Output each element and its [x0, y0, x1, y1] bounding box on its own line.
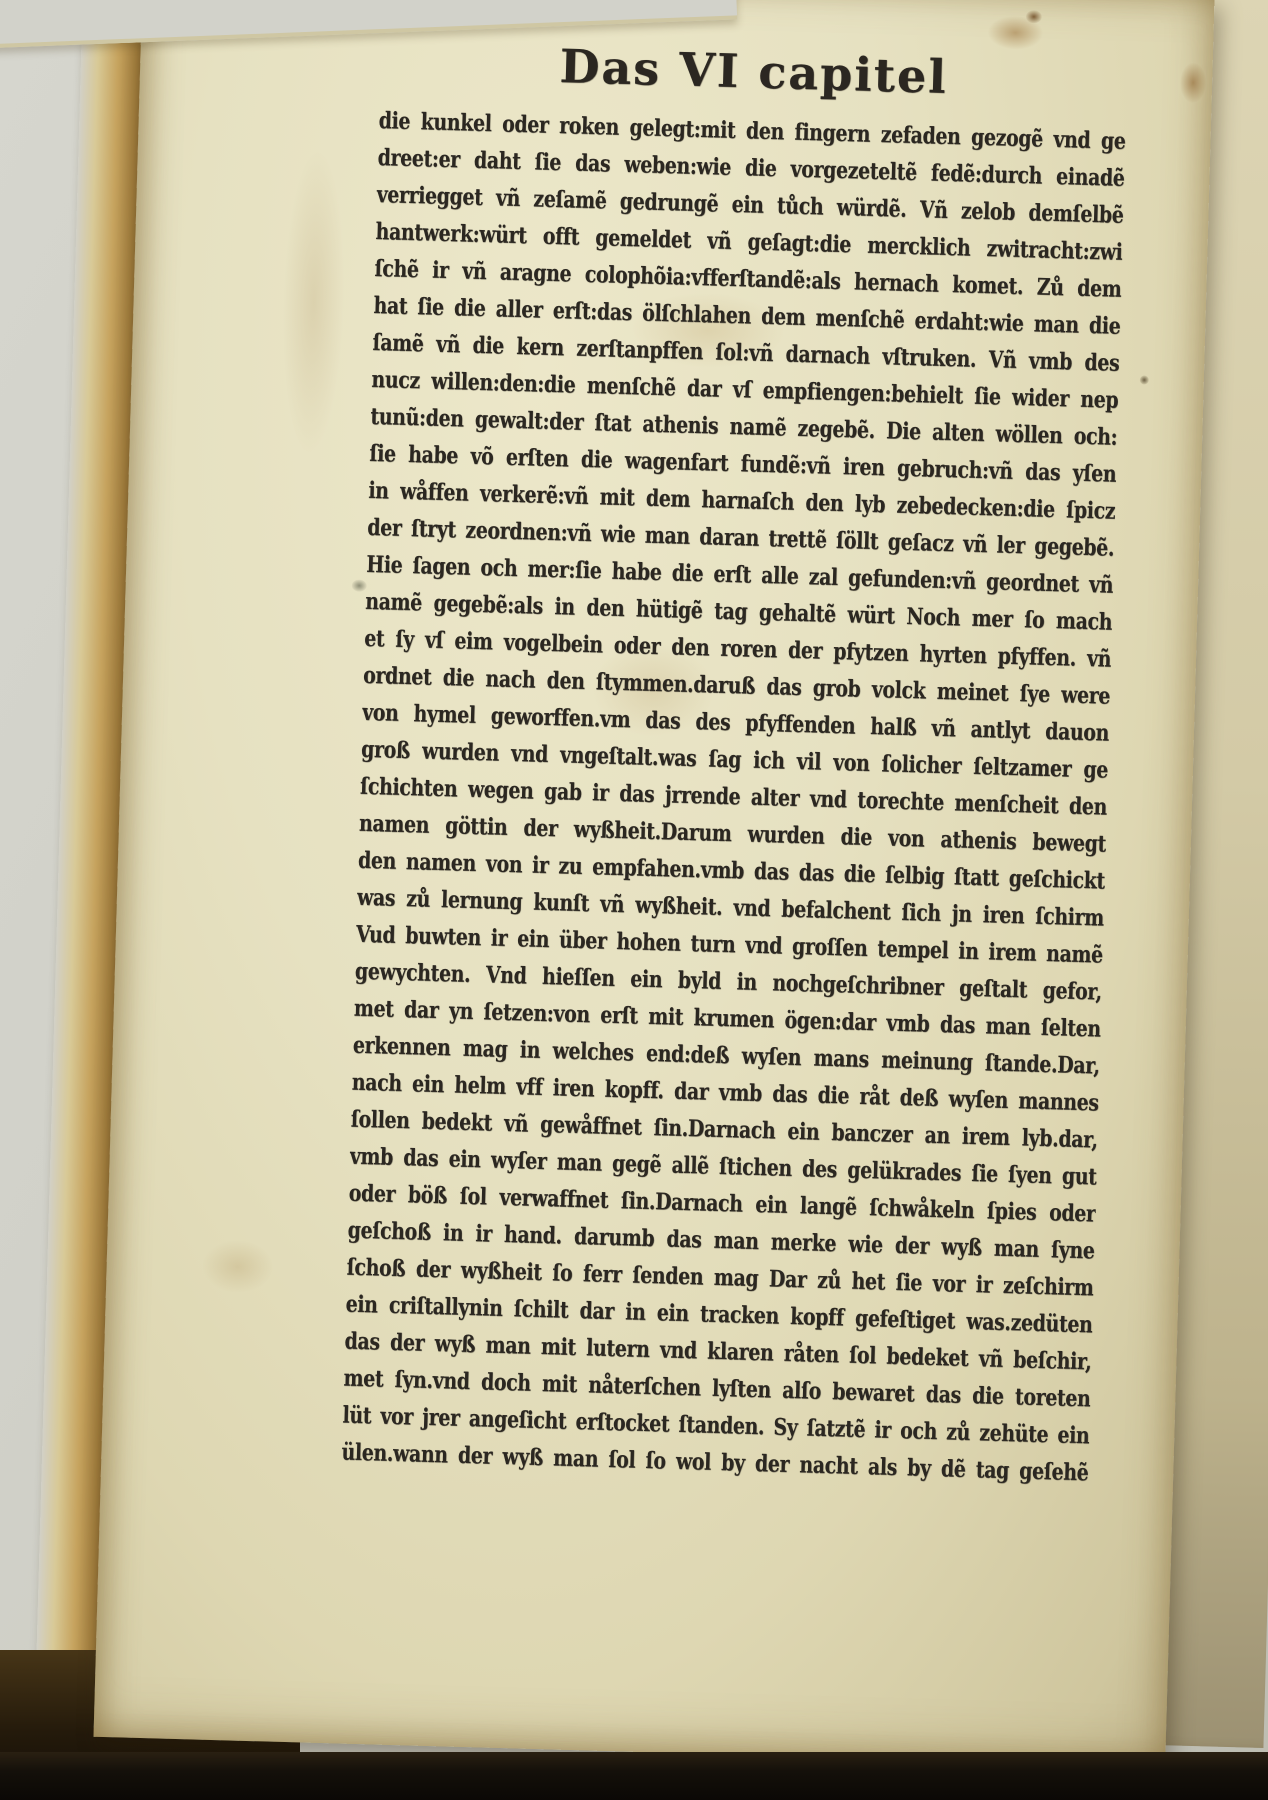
gutter-stain [279, 151, 347, 453]
text-block: die kunkel oder roken gelegt:mit den fin… [341, 102, 1126, 1491]
table-surface [0, 1752, 1268, 1800]
stain [202, 1240, 273, 1294]
ink-speck [1140, 375, 1149, 384]
ink-speck [1026, 10, 1042, 23]
stain [987, 15, 1044, 51]
photo-of-book-page: Das VI capitel die kunkel oder roken gel… [0, 0, 1268, 1800]
stain [1180, 62, 1207, 103]
ink-speck [352, 579, 367, 591]
book-page: Das VI capitel die kunkel oder roken gel… [93, 0, 1214, 1767]
chapter-heading: Das VI capitel [380, 36, 1128, 107]
